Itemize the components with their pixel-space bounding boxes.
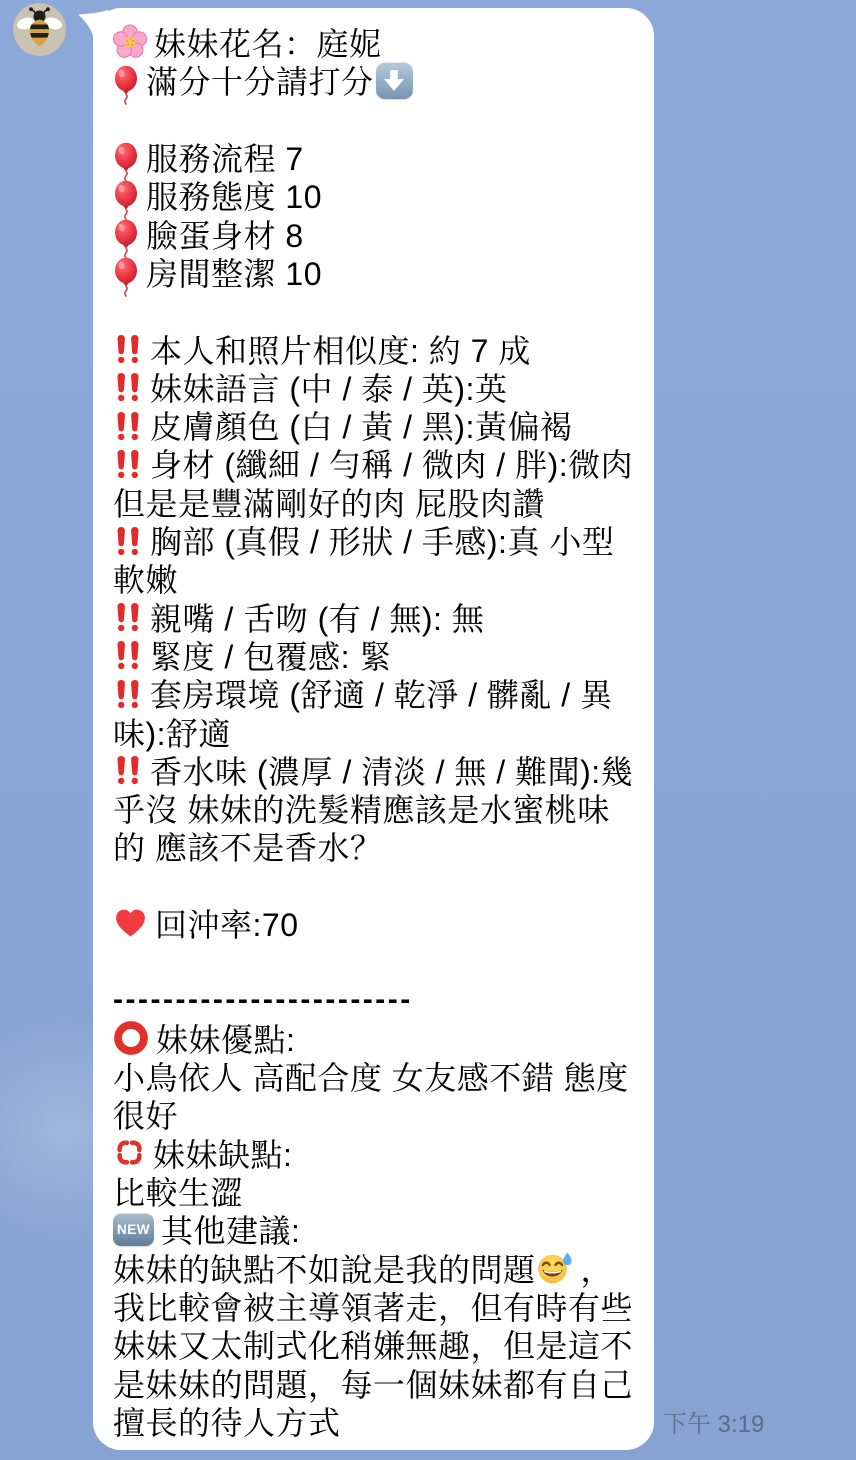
message-line: 但是是豐滿剛好的肉 屁股肉讚 (113, 483, 642, 521)
message-line: 胸部 (真假 / 形狀 / 手感):真 小型 (113, 521, 642, 559)
down-arrow-button-icon (374, 62, 413, 99)
balloon-icon (113, 142, 139, 182)
bubble-tail (78, 10, 108, 62)
message-line: 軟嫩 (113, 559, 642, 597)
message-text: 房間整潔 10 (146, 249, 322, 295)
message-line (113, 291, 642, 329)
message-line (113, 100, 642, 138)
grinning-sweat-icon (536, 1251, 574, 1285)
message-line: 妹妹缺點: (113, 1134, 642, 1172)
message-line: 擅長的待人方式 (113, 1402, 642, 1440)
message-line: 皮膚顏色 (白 / 黃 / 黑):黃偏褐 (113, 406, 642, 444)
message-timestamp: 下午 3:19 (663, 1404, 764, 1439)
message-line: 緊度 / 包覆感: 緊 (113, 636, 642, 674)
message-line: 套房環境 (舒適 / 乾淨 / 髒亂 / 異 (113, 674, 642, 712)
message-text: 小鳥依人 高配合度 女友感不錯 態度 (113, 1053, 629, 1099)
message-line: 妹妹語言 (中 / 泰 / 英):英 (113, 368, 642, 406)
message-bubble[interactable]: 妹妹花名：庭妮滿分十分請打分服務流程 7服務態度 10臉蛋身材 8房間整潔 10… (93, 8, 654, 1450)
message-line: 乎沒 妹妹的洗髮精應該是水蜜桃味 (113, 789, 642, 827)
message-line: 臉蛋身材 8 (113, 214, 642, 252)
message-line: 親嘴 / 舌吻 (有 / 無): 無 (113, 597, 642, 635)
anger-symbol-icon (113, 1136, 146, 1169)
double-exclamation-icon (113, 447, 143, 480)
balloon-icon (113, 180, 139, 220)
message-line: 小鳥依人 高配合度 女友感不錯 態度 (113, 1057, 642, 1095)
message-line: 服務流程 7 (113, 138, 642, 176)
message-line: 香水味 (濃厚 / 清淡 / 無 / 難聞):幾 (113, 751, 642, 789)
message-line (113, 942, 642, 980)
bee-icon (13, 43, 66, 56)
message-line: 比較生澀 (113, 1172, 642, 1210)
message-line: 妹妹的缺點不如說是我的問題， (113, 1249, 642, 1287)
message-line: 的 應該不是香水？ (113, 827, 642, 865)
message-text: 的 應該不是香水？ (113, 823, 382, 869)
double-exclamation-icon (113, 409, 143, 442)
chat-screen: 妹妹花名：庭妮滿分十分請打分服務流程 7服務態度 10臉蛋身材 8房間整潔 10… (0, 0, 856, 1460)
message-line: 我比較會被主導領著走，但有時有些 (113, 1287, 642, 1325)
message-line: 房間整潔 10 (113, 253, 642, 291)
message-line: 妹妹優點: (113, 1019, 642, 1057)
double-exclamation-icon (113, 370, 143, 403)
avatar[interactable] (13, 3, 66, 56)
balloon-icon (113, 219, 139, 259)
double-exclamation-icon (113, 753, 143, 786)
message-line: 是妹妹的問題，每一個妹妹都有自己 (113, 1363, 642, 1401)
message-line: 味):舒適 (113, 712, 642, 750)
message-line: 身材 (纖細 / 勻稱 / 微肉 / 胖):微肉 (113, 444, 642, 482)
message-line: 很好 (113, 1095, 642, 1133)
message-text: ------------------------ (113, 983, 413, 1017)
balloon-icon (113, 257, 139, 297)
message-text: 胸部 (真假 / 形狀 / 手感):真 小型 (150, 517, 614, 563)
double-exclamation-icon (113, 600, 143, 633)
message-text: 滿分十分請打分 (146, 57, 374, 103)
double-exclamation-icon (113, 638, 143, 671)
message-line: 回沖率:70 (113, 904, 642, 942)
double-exclamation-icon (113, 677, 143, 710)
message-line: ------------------------ (113, 980, 642, 1018)
message-line: 滿分十分請打分 (113, 61, 642, 99)
double-exclamation-icon (113, 524, 143, 557)
message-line: 妹妹花名：庭妮 (113, 23, 642, 61)
message-line: 服務態度 10 (113, 176, 642, 214)
message-lines: 妹妹花名：庭妮滿分十分請打分服務流程 7服務態度 10臉蛋身材 8房間整潔 10… (113, 23, 642, 1440)
double-exclamation-icon (113, 332, 143, 365)
message-text: 回沖率:70 (155, 900, 299, 946)
message-line: NEW其他建議: (113, 1210, 642, 1248)
message-line: 妹妹又太制式化稍嫌無趣，但是這不 (113, 1325, 642, 1363)
message-line: 本人和照片相似度: 約 7 成 (113, 329, 642, 367)
message-text: 擅長的待人方式 (113, 1398, 341, 1444)
new-button-label: NEW (117, 1222, 150, 1237)
new-button-icon: NEW (113, 1213, 154, 1246)
red-heart-icon (113, 907, 148, 939)
message-line (113, 866, 642, 904)
balloon-icon (113, 65, 139, 105)
cherry-blossom-icon (113, 25, 147, 59)
hollow-red-circle-icon (113, 1020, 149, 1056)
